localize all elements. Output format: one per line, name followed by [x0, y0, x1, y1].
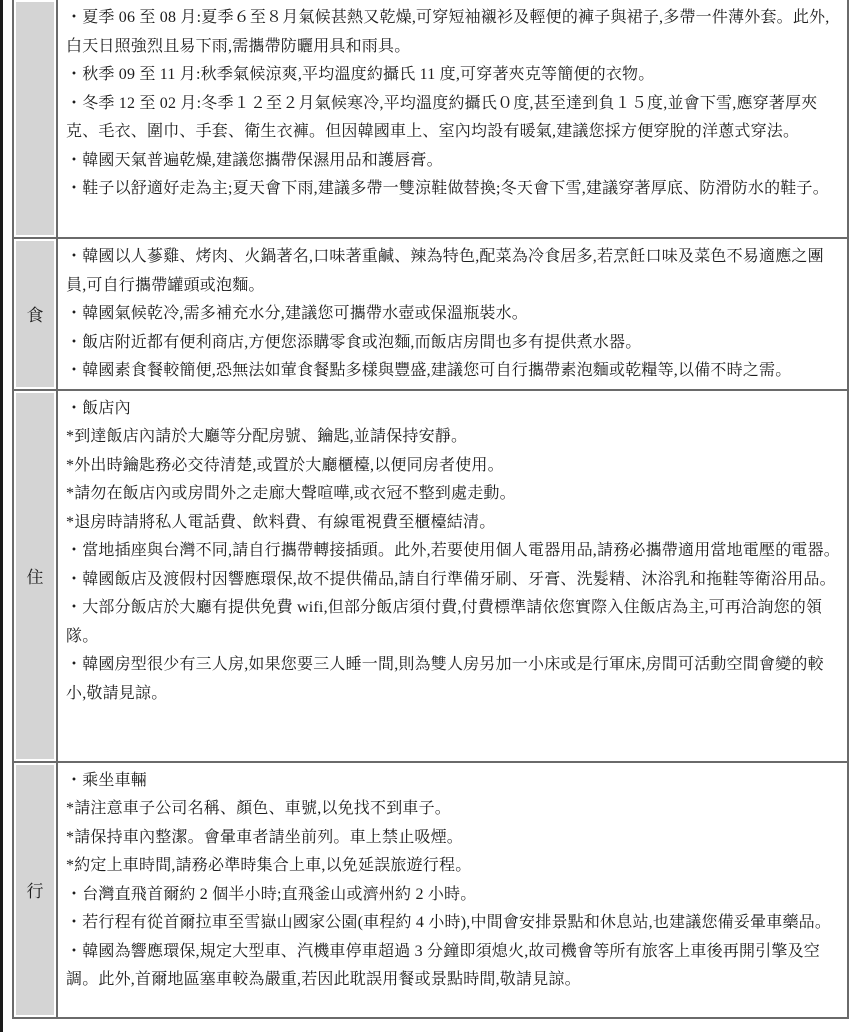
row-label-cell-food: 食	[13, 238, 57, 390]
row-label-shading-transport: 行	[16, 765, 54, 1015]
text-line: ・夏季 06 至 08 月:夏季６至８月氣候甚熱又乾燥,可穿短袖襯衫及輕便的褲子…	[66, 4, 843, 61]
text-line: ・若行程有從首爾拉車至雪嶽山國家公園(車程約 4 小時),中間會安排景點和休息站…	[66, 909, 843, 938]
text-line: *約定上車時間,請務必準時集合上車,以免延誤旅遊行程。	[66, 852, 843, 881]
row-label-shading-clothing	[16, 2, 54, 235]
table-row-clothing: ・夏季 06 至 08 月:夏季６至８月氣候甚熱又乾燥,可穿短袖襯衫及輕便的褲子…	[13, 0, 848, 238]
table-row-food: 食 ・韓國以人蔘雞、烤肉、火鍋著名,口味著重鹹、辣為特色,配菜為冷食居多,若烹飪…	[13, 238, 848, 390]
text-line: ・鞋子以舒適好走為主;夏天會下雨,建議多帶一雙涼鞋做替換;冬天會下雪,建議穿著厚…	[66, 175, 843, 204]
row-content-transport: ・乘坐車輛*請注意車子公司名稱、顏色、車號,以免找不到車子。*請保持車內整潔。會…	[57, 762, 848, 1018]
text-line: ・韓國素食餐較簡便,恐無法如葷食餐點多樣與豐盛,建議您可自行攜帶素泡麵或乾糧等,…	[66, 357, 843, 386]
text-line: ・韓國為響應環保,規定大型車、汽機車停車超過 3 分鐘即須熄火,故司機會等所有旅…	[66, 938, 843, 995]
row-label-cell-lodging: 住	[13, 390, 57, 762]
table-row-lodging: 住 ・飯店內*到達飯店內請於大廳等分配房號、鑰匙,並請保持安靜。*外出時鑰匙務必…	[13, 390, 848, 762]
text-line: *到達飯店內請於大廳等分配房號、鑰匙,並請保持安靜。	[66, 423, 843, 452]
text-line: ・冬季 12 至 02 月:冬季１２至２月氣候寒冷,平均溫度約攝氏０度,甚至達到…	[66, 90, 843, 147]
text-line: *請注意車子公司名稱、顏色、車號,以免找不到車子。	[66, 795, 843, 824]
table-row-transport: 行 ・乘坐車輛*請注意車子公司名稱、顏色、車號,以免找不到車子。*請保持車內整潔…	[13, 762, 848, 1018]
row-label-food: 食	[27, 301, 44, 326]
text-line: ・台灣直飛首爾約 2 個半小時;直飛釜山或濟州約 2 小時。	[66, 881, 843, 910]
text-line: *退房時請將私人電話費、飲料費、有線電視費至櫃檯結清。	[66, 509, 843, 538]
row-label-shading-food: 食	[16, 241, 54, 387]
text-line: *請勿在飯店內或房間外之走廊大聲喧嘩,或衣冠不整到處走動。	[66, 480, 843, 509]
text-line: ・飯店附近都有便利商店,方便您添購零食或泡麵,而飯店房間也多有提供煮水器。	[66, 329, 843, 358]
page-edge-border	[0, 0, 3, 1032]
text-line: ・韓國飯店及渡假村因響應環保,故不提供備品,請自行準備牙刷、牙膏、洗髮精、沐浴乳…	[66, 566, 843, 595]
text-line: *外出時鑰匙務必交待清楚,或置於大廳櫃檯,以便同房者使用。	[66, 452, 843, 481]
text-line: ・韓國氣候乾冷,需多補充水分,建議您可攜帶水壺或保溫瓶裝水。	[66, 300, 843, 329]
travel-notes-table: ・夏季 06 至 08 月:夏季６至８月氣候甚熱又乾燥,可穿短袖襯衫及輕便的褲子…	[12, 0, 849, 1019]
row-label-cell-transport: 行	[13, 762, 57, 1018]
row-label-lodging: 住	[27, 563, 44, 588]
row-content-clothing: ・夏季 06 至 08 月:夏季６至８月氣候甚熱又乾燥,可穿短袖襯衫及輕便的褲子…	[57, 0, 848, 238]
text-line: ・韓國以人蔘雞、烤肉、火鍋著名,口味著重鹹、辣為特色,配菜為冷食居多,若烹飪口味…	[66, 243, 843, 300]
text-line: ・飯店內	[66, 395, 843, 424]
text-line: *請保持車內整潔。會暈車者請坐前列。車上禁止吸煙。	[66, 824, 843, 853]
row-label-transport: 行	[27, 877, 44, 902]
text-line: ・乘坐車輛	[66, 767, 843, 796]
text-line: ・大部分飯店於大廳有提供免費 wifi,但部分飯店須付費,付費標準請依您實際入住…	[66, 594, 843, 651]
text-line: ・韓國天氣普遍乾燥,建議您攜帶保濕用品和護唇膏。	[66, 147, 843, 176]
text-line: ・韓國房型很少有三人房,如果您要三人睡一間,則為雙人房另加一小床或是行軍床,房間…	[66, 651, 843, 708]
row-content-lodging: ・飯店內*到達飯店內請於大廳等分配房號、鑰匙,並請保持安靜。*外出時鑰匙務必交待…	[57, 390, 848, 762]
row-label-shading-lodging: 住	[16, 393, 54, 759]
text-line: ・當地插座與台灣不同,請自行攜帶轉接插頭。此外,若要使用個人電器用品,請務必攜帶…	[66, 537, 843, 566]
row-label-cell-clothing	[13, 0, 57, 238]
row-content-food: ・韓國以人蔘雞、烤肉、火鍋著名,口味著重鹹、辣為特色,配菜為冷食居多,若烹飪口味…	[57, 238, 848, 390]
text-line: ・秋季 09 至 11 月:秋季氣候涼爽,平均溫度約攝氏 11 度,可穿著夾克等…	[66, 61, 843, 90]
